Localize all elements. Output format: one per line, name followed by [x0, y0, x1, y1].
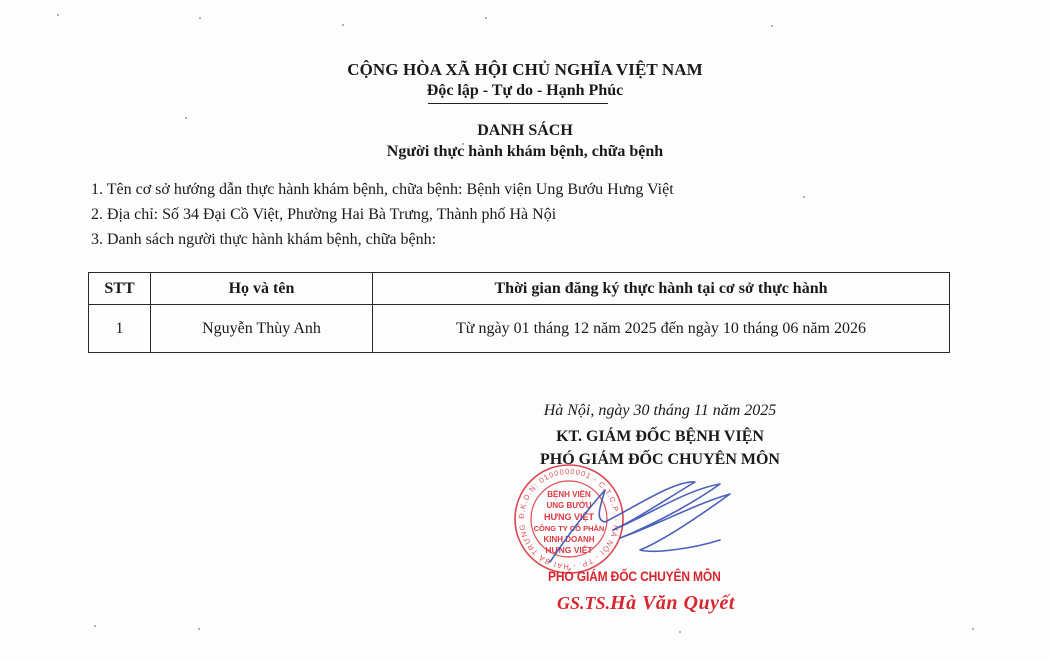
info-list-heading: 3. Danh sách người thực hành khám bệnh, …: [91, 231, 436, 249]
cell-stt: 1: [89, 305, 151, 353]
scan-speck: [198, 628, 200, 630]
info-facility-name: 1. Tên cơ sở hướng dẫn thực hành khám bệ…: [91, 181, 674, 199]
document-title: DANH SÁCH: [0, 122, 1050, 140]
scan-speck: [94, 625, 96, 627]
scan-speck: [485, 17, 487, 19]
table-row: 1 Nguyễn Thùy Anh Từ ngày 01 tháng 12 nă…: [89, 305, 950, 353]
info-address: 2. Địa chỉ: Số 34 Đại Cồ Việt, Phường Ha…: [91, 206, 556, 224]
scan-speck: [57, 14, 59, 16]
column-header-name: Họ và tên: [151, 273, 373, 305]
scan-speck: [771, 25, 773, 27]
scan-speck: [199, 17, 201, 19]
signer-name-stamp: GS.TS.Hà Văn Quyết: [557, 592, 735, 615]
cell-period: Từ ngày 01 tháng 12 năm 2025 đến ngày 10…: [373, 305, 950, 353]
national-motto: Độc lập - Tự do - Hạnh Phúc: [0, 82, 1050, 100]
signature-role-line1: KT. GIÁM ĐỐC BỆNH VIỆN: [500, 428, 820, 446]
motto-underline: [428, 103, 608, 104]
table-header-row: STT Họ và tên Thời gian đăng ký thực hàn…: [89, 273, 950, 305]
signature-place-date: Hà Nội, ngày 30 tháng 11 năm 2025: [500, 402, 820, 420]
scan-speck: [679, 631, 681, 633]
column-header-period: Thời gian đăng ký thực hành tại cơ sở th…: [373, 273, 950, 305]
document-subtitle: Người thực hành khám bệnh, chữa bệnh: [0, 143, 1050, 161]
practitioner-table: STT Họ và tên Thời gian đăng ký thực hàn…: [88, 272, 950, 353]
column-header-stt: STT: [89, 273, 151, 305]
handwritten-signature-icon: [545, 472, 745, 572]
cell-name: Nguyễn Thùy Anh: [151, 305, 373, 353]
document-page: CỘNG HÒA XÃ HỘI CHỦ NGHĨA VIỆT NAM Độc l…: [0, 0, 1050, 661]
scan-speck: [972, 628, 974, 630]
scan-speck: [185, 117, 187, 119]
national-name: CỘNG HÒA XÃ HỘI CHỦ NGHĨA VIỆT NAM: [0, 60, 1050, 80]
scan-speck: [342, 24, 344, 26]
signer-degree: GS.TS.: [557, 593, 610, 613]
signer-title-stamp: PHÓ GIÁM ĐỐC CHUYÊN MÔN: [548, 568, 721, 584]
signer-name: Hà Văn Quyết: [610, 592, 735, 614]
scan-speck: [803, 196, 805, 198]
